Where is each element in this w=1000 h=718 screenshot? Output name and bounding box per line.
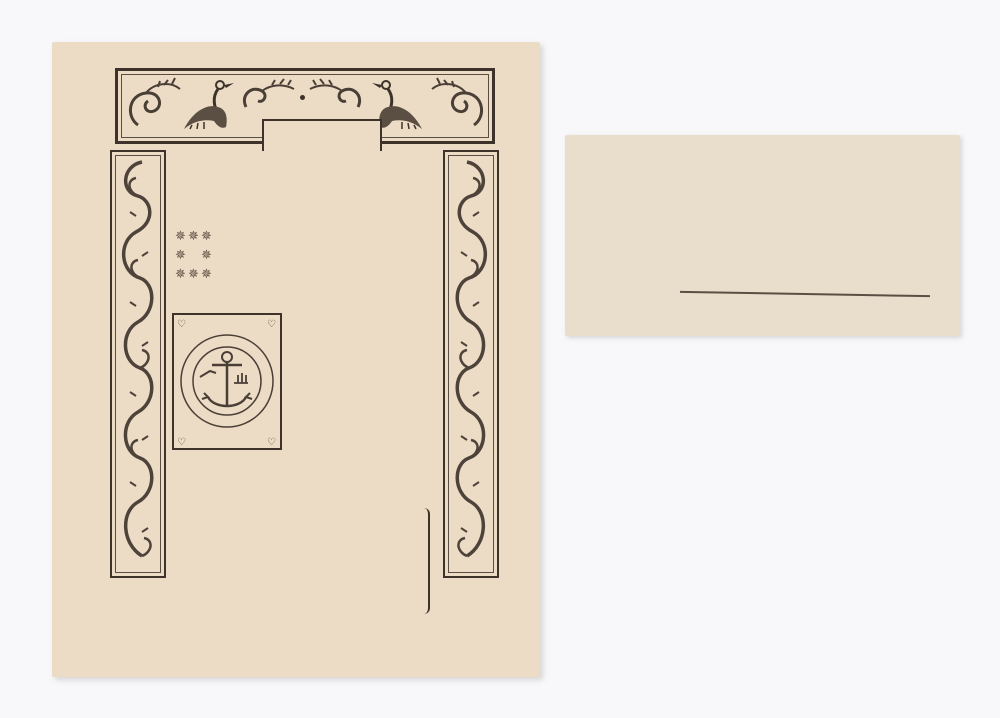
- drop-cap-ornament: ✵ ✵ ✵ ✵ ✵ ✵ ✵ ✵: [174, 226, 214, 286]
- top-banner: [115, 68, 495, 144]
- ornament-icon: ✵: [200, 226, 213, 245]
- scrollwork-icon: [240, 77, 300, 117]
- scrollwork-icon: [304, 77, 364, 117]
- salem-four-pence-note: [565, 135, 960, 336]
- svg-text:♡: ♡: [267, 437, 276, 448]
- committee-bracket: [420, 508, 430, 614]
- ornament-icon: ✵: [174, 264, 187, 283]
- ornament-icon: ✵: [187, 264, 200, 283]
- vine-scroll-icon: [445, 152, 497, 576]
- serial-number-cartouche: [262, 119, 382, 151]
- anchor-seal-icon: ♡ ♡ ♡ ♡: [174, 315, 280, 448]
- scrollwork-icon: [424, 77, 488, 135]
- ornament-icon: ✵: [174, 226, 187, 245]
- state-seal: ♡ ♡ ♡ ♡: [172, 313, 282, 450]
- vine-scroll-icon: [112, 152, 164, 576]
- svg-text:♡: ♡: [177, 319, 186, 330]
- eagle-icon: [178, 77, 238, 131]
- right-scroll-border: [443, 150, 499, 578]
- ornament-icon: ✵: [200, 264, 213, 283]
- signature-flourish: [680, 291, 930, 297]
- rhode-island-one-shilling-note: ✵ ✵ ✵ ✵ ✵ ✵ ✵ ✵: [52, 42, 540, 677]
- ornament-icon: ✵: [174, 245, 187, 264]
- svg-text:♡: ♡: [177, 437, 186, 448]
- left-scroll-border: [110, 150, 166, 578]
- ornament-icon: ✵: [187, 226, 200, 245]
- ornament-icon: ✵: [200, 245, 213, 264]
- svg-text:♡: ♡: [267, 319, 276, 330]
- drop-cap-letter: [187, 245, 200, 264]
